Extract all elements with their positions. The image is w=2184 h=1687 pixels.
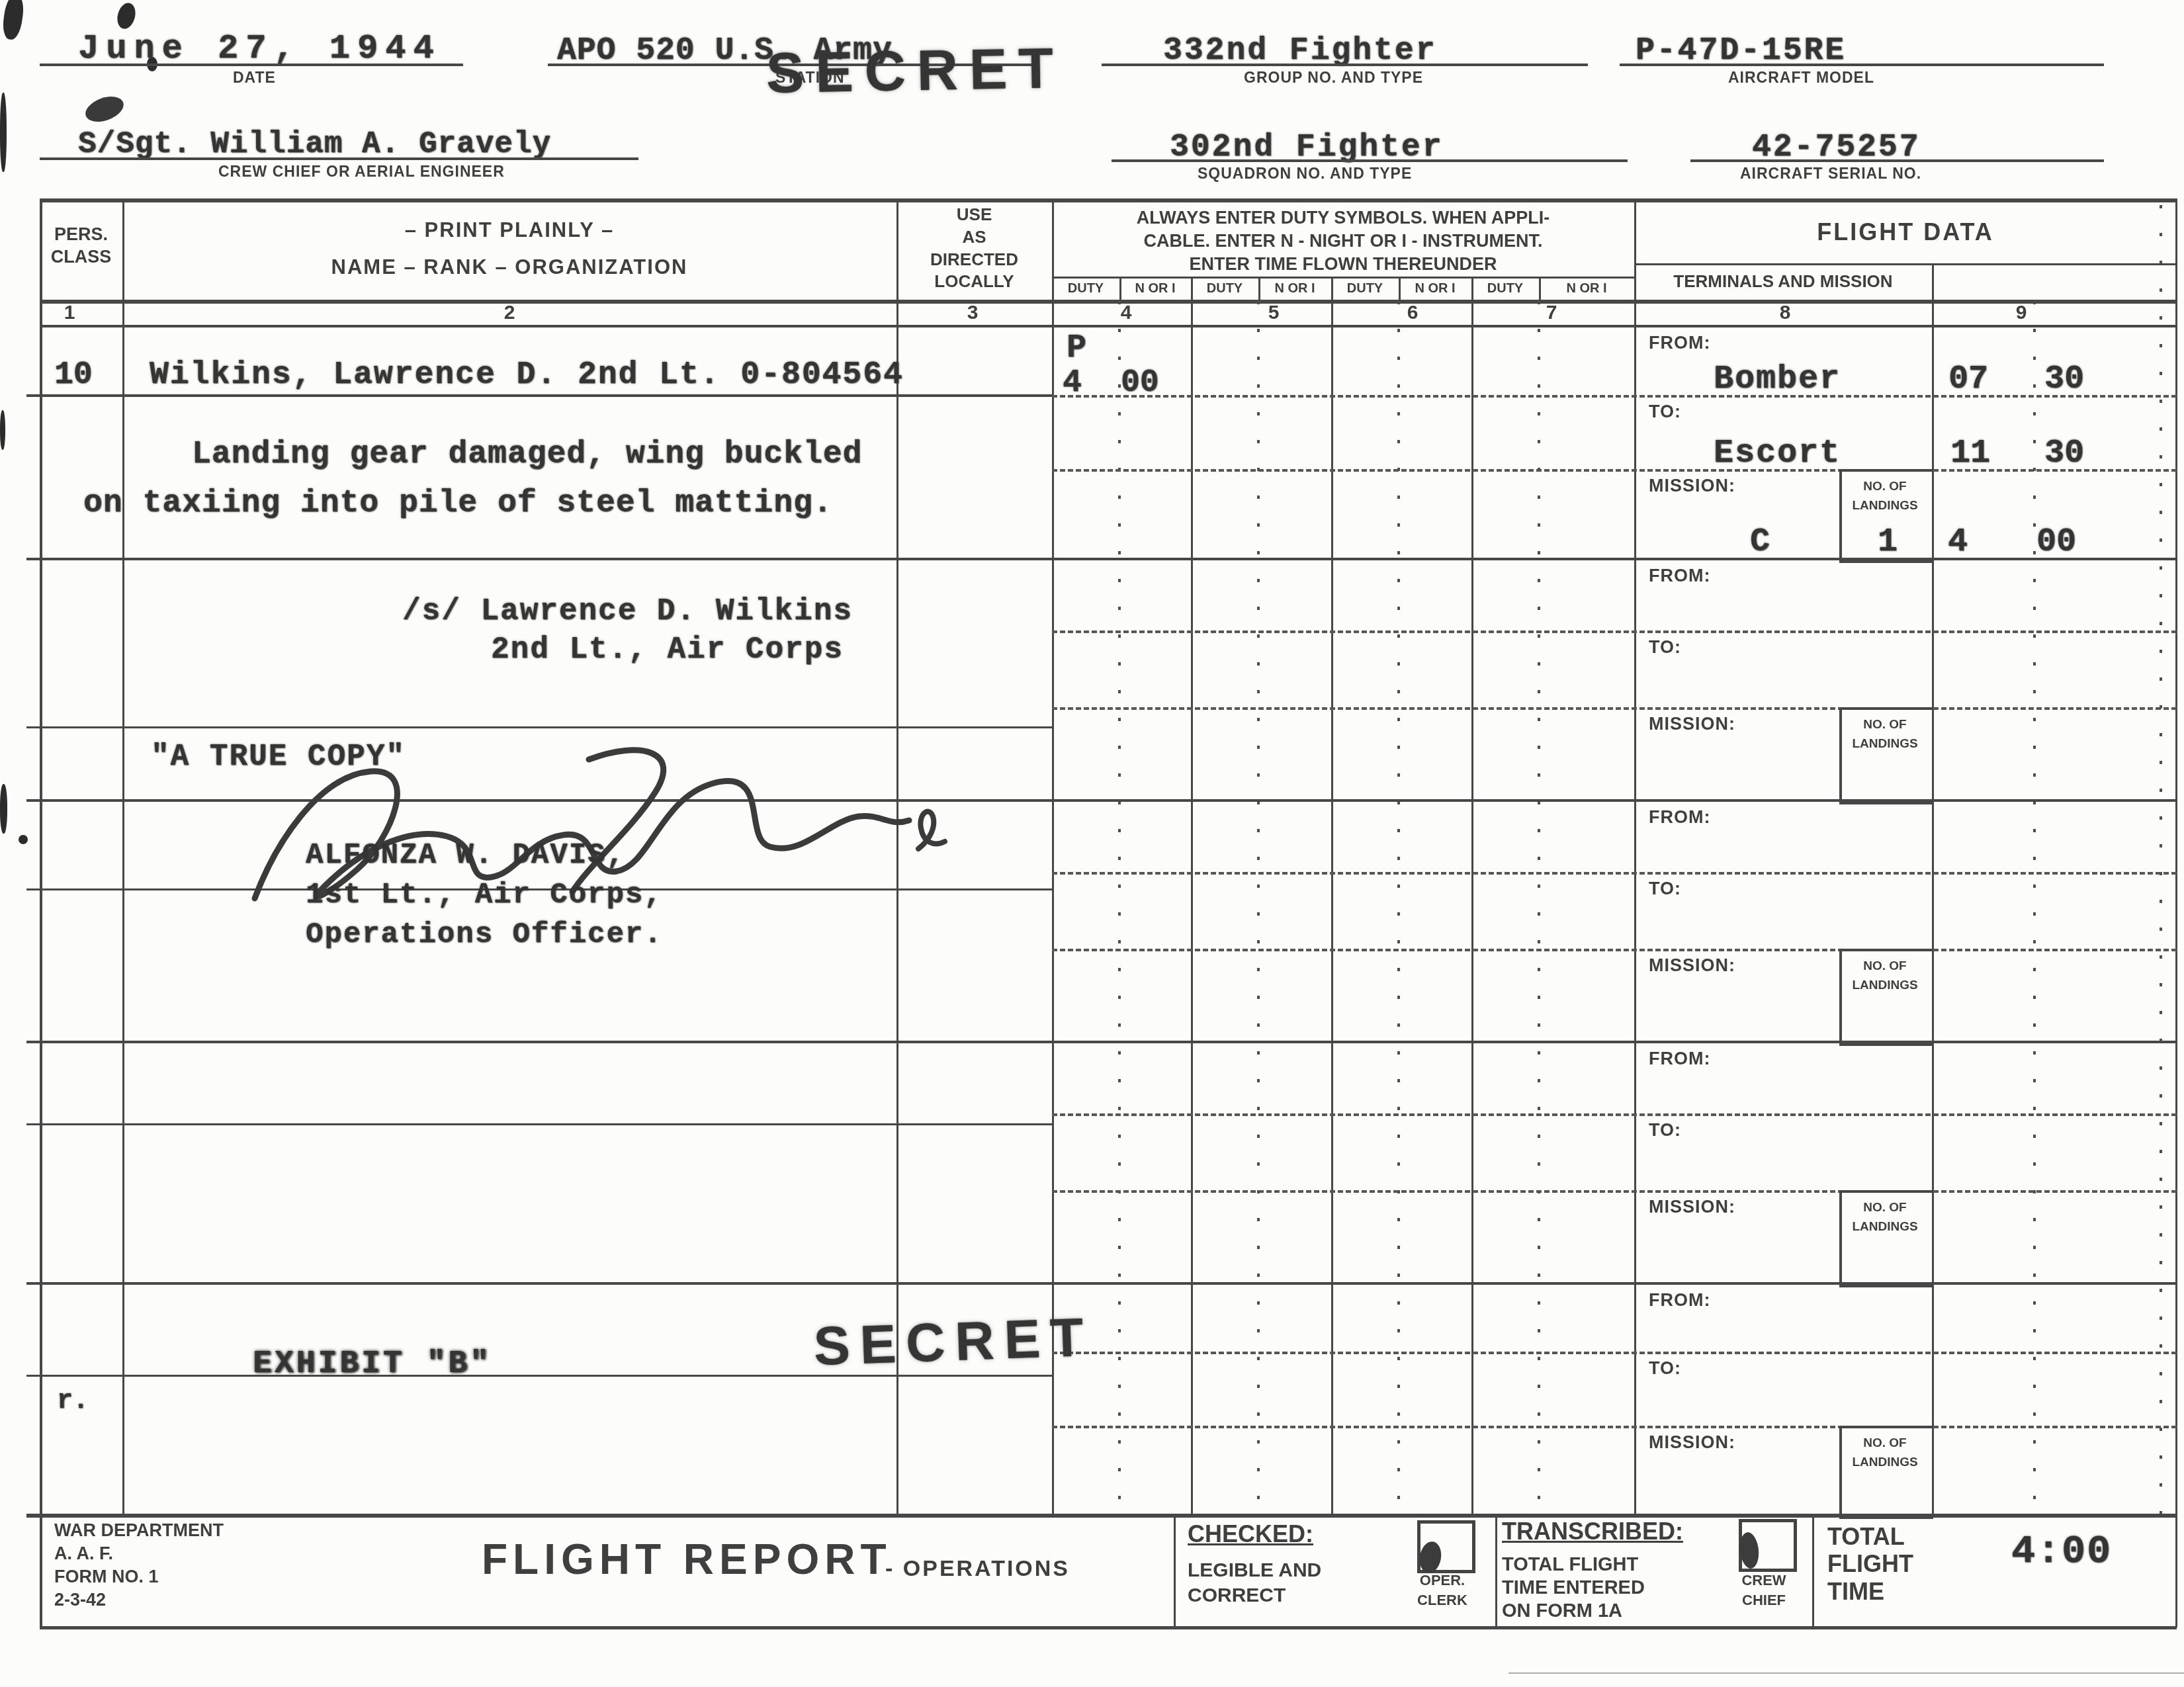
dashed-line — [1052, 1426, 2177, 1428]
use-locally-header: USE AS DIRECTED LOCALLY — [896, 204, 1052, 293]
to-label: TO: — [1649, 879, 1681, 899]
landings-entry: 1 — [1878, 523, 1898, 561]
landings-label: NO. OF LANDINGS — [1842, 478, 1928, 515]
dotted-divider — [1257, 301, 1260, 1515]
mission-label: MISSION: — [1649, 476, 1735, 496]
nori-col-header: N OR I — [1258, 281, 1331, 296]
dotted-divider — [1538, 301, 1540, 1515]
table-top-border — [40, 198, 2177, 202]
dashed-line — [1052, 707, 2177, 710]
duty-col-header: DUTY — [1191, 281, 1258, 296]
table-right-border — [2175, 198, 2177, 1627]
flight-minutes-entry: 00 — [2036, 523, 2076, 561]
scan-smudge — [1, 0, 25, 41]
row-line — [26, 1123, 1052, 1125]
transcribed-sub-label: TOTAL FLIGHT TIME ENTERED ON FORM 1A — [1502, 1553, 1645, 1622]
landings-label: NO. OF LANDINGS — [1842, 957, 1928, 995]
duty-symbol-entry: P — [1067, 329, 1086, 367]
col-line-pers — [122, 200, 124, 1515]
from-label: FROM: — [1649, 807, 1710, 828]
pers-class-entry: 10 — [54, 357, 93, 393]
footer-bottom-line — [40, 1626, 2177, 1629]
col-number: 7 — [1532, 302, 1571, 324]
secret-stamp-bottom: SECRET — [812, 1307, 1094, 1379]
crew-chief-rule — [40, 157, 638, 160]
dashed-line — [1052, 469, 2177, 472]
officer-title-entry: Operations Officer. — [306, 918, 663, 951]
aircraft-model-label: AIRCRAFT MODEL — [1728, 69, 1874, 87]
duty-sub-line — [1052, 277, 1634, 279]
aircraft-model-rule — [1620, 64, 2104, 66]
scan-smudge — [114, 1, 138, 30]
scan-edge-mark — [0, 93, 7, 172]
row-line — [26, 394, 1052, 397]
dashed-line — [1052, 1113, 2177, 1116]
date-label: DATE — [233, 69, 276, 87]
scan-smudge — [82, 92, 127, 126]
group-rule — [1102, 64, 1588, 66]
to-label: TO: — [1649, 1120, 1681, 1141]
dashed-line — [1052, 395, 2177, 398]
col-number: 3 — [953, 302, 992, 324]
signed-line: 2nd Lt., Air Corps — [491, 632, 844, 667]
duty-col-header: DUTY — [1471, 281, 1539, 296]
transcribed-label: TRANSCRIBED: — [1502, 1518, 1683, 1545]
col-number: 1 — [50, 302, 89, 324]
form-identification: WAR DEPARTMENT A. A. F. FORM NO. 1 2-3-4… — [54, 1519, 224, 1612]
mission-label: MISSION: — [1649, 1197, 1735, 1217]
pers-class-header: PERS. CLASS — [40, 224, 122, 269]
crew-chief-entry: S/Sgt. William A. Gravely — [78, 127, 551, 161]
crew-chief-label: CREW CHIEF — [1732, 1571, 1796, 1610]
checked-sub-label: LEGIBLE AND CORRECT — [1188, 1558, 1321, 1608]
col-number: 9 — [2001, 302, 2041, 324]
col-number: 2 — [490, 302, 529, 324]
duty-group-line — [1471, 278, 1473, 1515]
date-rule — [40, 64, 463, 66]
dashed-line — [1052, 872, 2177, 875]
dashed-line — [1052, 630, 2177, 633]
duty-col-header: DUTY — [1052, 281, 1119, 296]
total-flight-time-value: 4:00 — [2011, 1530, 2112, 1575]
col-number: 5 — [1254, 302, 1293, 324]
dotted-divider — [1397, 301, 1400, 1515]
footer-top-line — [26, 1514, 2177, 1518]
footer-sep — [1174, 1515, 1176, 1627]
row-line — [26, 726, 1052, 728]
duty-col-header: DUTY — [1331, 281, 1399, 296]
checked-label: CHECKED: — [1188, 1520, 1313, 1548]
col-line-terminals — [1932, 263, 1934, 1515]
pilot-name-entry: Wilkins, Lawrence D. 2nd Lt. 0-804564 — [150, 357, 904, 393]
signed-line: /s/ Lawrence D. Wilkins — [402, 594, 853, 628]
dotted-divider — [2033, 301, 2036, 1515]
col-number: 4 — [1106, 302, 1146, 324]
to-label: TO: — [1649, 402, 1681, 422]
form-title: FLIGHT REPORT — [482, 1535, 892, 1584]
number-row-line — [40, 325, 2177, 327]
officer-rank-entry: 1st Lt., Air Corps, — [306, 879, 663, 912]
nori-col-header: N OR I — [1119, 281, 1191, 296]
serial-rule — [1690, 159, 2104, 162]
landings-label: NO. OF LANDINGS — [1842, 1434, 1928, 1472]
dotted-divider — [2160, 205, 2162, 1515]
duty-minutes-entry: 00 — [1121, 365, 1159, 401]
flight-data-header: FLIGHT DATA — [1634, 218, 2177, 246]
flight-data-sub-line — [1634, 263, 2177, 265]
duty-group-line — [1191, 278, 1193, 1515]
from-label: FROM: — [1649, 566, 1710, 586]
flight-hours-entry: 4 — [1948, 523, 1968, 561]
col-number: 6 — [1393, 302, 1432, 324]
to-label: TO: — [1649, 637, 1681, 658]
col-number: 8 — [1765, 302, 1805, 324]
scan-mark: r. — [57, 1387, 89, 1416]
remark-line: Landing gear damaged, wing buckled — [192, 437, 862, 472]
mission-label: MISSION: — [1649, 1432, 1735, 1453]
date-entry: June 27, 1944 — [78, 29, 441, 68]
terminals-mission-header: TERMINALS AND MISSION — [1634, 271, 1932, 292]
dashed-line — [1052, 1190, 2177, 1193]
dashed-line — [1052, 949, 2177, 951]
landings-label: NO. OF LANDINGS — [1842, 716, 1928, 754]
nori-col-header: N OR I — [1399, 281, 1471, 296]
secret-stamp-top: SECRET — [765, 36, 1065, 107]
total-flight-time-label: TOTAL FLIGHT TIME — [1827, 1523, 1913, 1605]
from-label: FROM: — [1649, 1290, 1710, 1311]
officer-name-entry: ALFONZA W. DAVIS, — [306, 839, 625, 872]
remark-line: on taxiing into pile of steel matting. — [83, 486, 833, 521]
flight-report-form: r. June 27, 1944 DATE APO 520 U.S. Army … — [0, 0, 2184, 1687]
mission-code-entry: C — [1750, 523, 1770, 561]
crew-chief-label: CREW CHIEF OR AERIAL ENGINEER — [218, 163, 505, 181]
from-terminal-entry: Bomber — [1714, 361, 1841, 398]
duty-group-line — [1331, 278, 1333, 1515]
squadron-rule — [1112, 159, 1628, 162]
from-minutes-entry: 30 — [2044, 361, 2084, 398]
to-terminal-entry: Escort — [1714, 435, 1841, 472]
to-label: TO: — [1649, 1358, 1681, 1379]
mission-label: MISSION: — [1649, 955, 1735, 976]
dotted-divider — [1118, 301, 1121, 1515]
from-hours-entry: 07 — [1948, 361, 1988, 398]
serial-label: AIRCRAFT SERIAL NO. — [1740, 165, 1921, 183]
mission-label: MISSION: — [1649, 714, 1735, 734]
oper-clerk-label: OPER. CLERK — [1411, 1571, 1474, 1610]
scan-line — [1508, 1672, 2184, 1674]
to-hours-entry: 11 — [1950, 435, 1990, 472]
nori-col-header: N OR I — [1539, 281, 1634, 296]
scan-edge-mark — [0, 784, 7, 834]
exhibit-stamp: EXHIBIT "B" — [253, 1346, 492, 1382]
from-label: FROM: — [1649, 1049, 1710, 1069]
landings-label: NO. OF LANDINGS — [1842, 1199, 1928, 1236]
table-left-border — [40, 198, 42, 1627]
footer-sep — [1812, 1515, 1814, 1627]
footer-sep — [1495, 1515, 1497, 1627]
form-title-suffix: - OPERATIONS — [885, 1556, 1070, 1582]
to-minutes-entry: 30 — [2044, 435, 2084, 472]
scan-smudge — [19, 835, 28, 844]
duty-hours-entry: 4 — [1063, 365, 1082, 401]
dashed-line — [1052, 1352, 2177, 1354]
from-label: FROM: — [1649, 333, 1710, 353]
name-rank-org-header: NAME – RANK – ORGANIZATION — [122, 255, 896, 279]
print-plainly-header: – PRINT PLAINLY – — [122, 218, 896, 242]
duty-note-header: ALWAYS ENTER DUTY SYMBOLS. WHEN APPLI- C… — [1052, 206, 1634, 276]
group-label: GROUP NO. AND TYPE — [1244, 69, 1423, 87]
scan-edge-mark — [0, 410, 5, 450]
squadron-label: SQUADRON NO. AND TYPE — [1198, 165, 1412, 183]
